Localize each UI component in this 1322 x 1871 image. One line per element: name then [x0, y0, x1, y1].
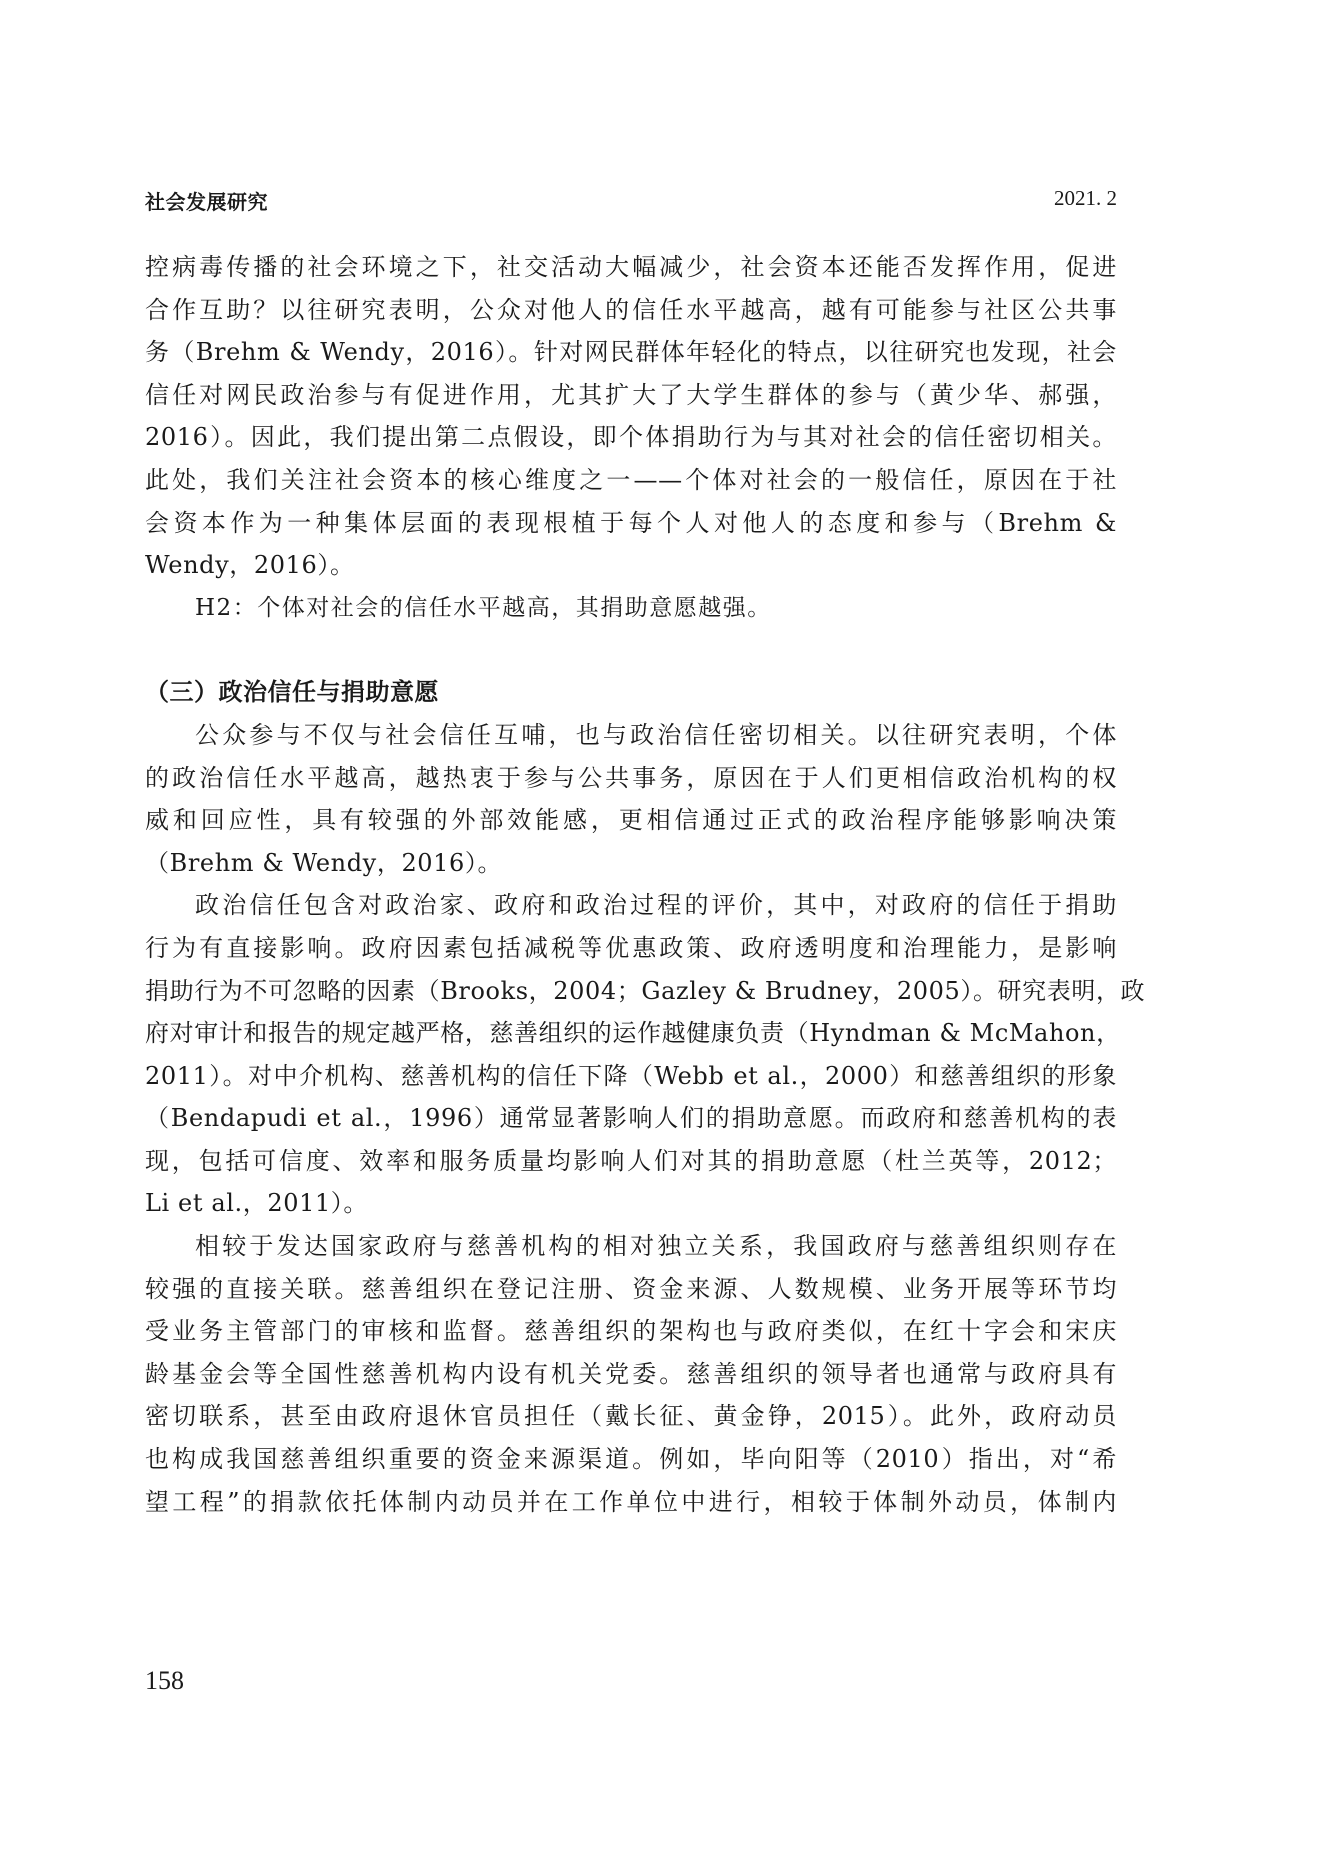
text-line: 2016）。因此，我们提出第二点假设，即个体捐助行为与其对社会的信任密切相关。 — [145, 416, 1117, 459]
issue-number: 2021. 2 — [1054, 186, 1117, 211]
text-line: 受业务主管部门的审核和监督。慈善组织的架构也与政府类似，在红十字会和宋庆 — [145, 1310, 1117, 1353]
running-header: 社会发展研究 2021. 2 — [145, 186, 1117, 216]
page-number: 158 — [145, 1666, 184, 1696]
text-line: 会资本作为一种集体层面的表现根植于每个人对他人的态度和参与（Brehm & — [145, 502, 1117, 545]
journal-title: 社会发展研究 — [145, 186, 268, 215]
paragraph-social-trust: 控病毒传播的社会环境之下，社交活动大幅减少，社会资本还能否发挥作用，促进 合作互… — [145, 246, 1117, 587]
text-line: 行为有直接影响。政府因素包括减税等优惠政策、政府透明度和治理能力，是影响 — [145, 927, 1117, 970]
text-line: Li et al.，2011）。 — [145, 1182, 1117, 1225]
text-line: 望工程”的捐款依托体制内动员并在工作单位中进行，相较于体制外动员，体制内 — [145, 1481, 1117, 1524]
section-heading: （三）政治信任与捐助意愿 — [145, 671, 1117, 714]
text-line: （Brehm & Wendy，2016）。 — [145, 842, 1117, 885]
section-gap — [145, 629, 1117, 671]
text-line: 的政治信任水平越高，越热衷于参与公共事务，原因在于人们更相信政治机构的权 — [145, 757, 1117, 800]
text-line: 较强的直接关联。慈善组织在登记注册、资金来源、人数规模、业务开展等环节均 — [145, 1268, 1117, 1311]
text-line: （Bendapudi et al.，1996）通常显著影响人们的捐助意愿。而政府… — [145, 1097, 1117, 1140]
text-line: 密切联系，甚至由政府退休官员担任（戴长征、黄金铮，2015）。此外，政府动员 — [145, 1395, 1117, 1438]
text-line: 相较于发达国家政府与慈善机构的相对独立关系，我国政府与慈善组织则存在 — [145, 1225, 1117, 1268]
text-line: Wendy，2016）。 — [145, 544, 1117, 587]
text-line: 也构成我国慈善组织重要的资金来源渠道。例如，毕向阳等（2010）指出，对“希 — [145, 1438, 1117, 1481]
text-line: 务（Brehm & Wendy，2016）。针对网民群体年轻化的特点，以往研究也… — [145, 331, 1117, 374]
text-line: 信任对网民政治参与有促进作用，尤其扩大了大学生群体的参与（黄少华、郝强， — [145, 374, 1117, 417]
paragraph-china-charity-government: 相较于发达国家政府与慈善机构的相对独立关系，我国政府与慈善组织则存在 较强的直接… — [145, 1225, 1117, 1523]
text-line: 威和回应性，具有较强的外部效能感，更相信通过正式的政治程序能够影响决策 — [145, 799, 1117, 842]
text-line: 龄基金会等全国性慈善机构内设有机关党委。慈善组织的领导者也通常与政府具有 — [145, 1353, 1117, 1396]
hypothesis-h2: H2：个体对社会的信任水平越高，其捐助意愿越强。 — [145, 587, 1117, 630]
text-line: 捐助行为不可忽略的因素（Brooks，2004；Gazley & Brudney… — [145, 970, 1117, 1013]
paragraph-political-trust-intro: 公众参与不仅与社会信任互哺，也与政治信任密切相关。以往研究表明，个体 的政治信任… — [145, 714, 1117, 884]
paragraph-government-factors: 政治信任包含对政治家、政府和政治过程的评价，其中，对政府的信任于捐助 行为有直接… — [145, 884, 1117, 1225]
text-line: 政治信任包含对政治家、政府和政治过程的评价，其中，对政府的信任于捐助 — [145, 884, 1117, 927]
text-line: 控病毒传播的社会环境之下，社交活动大幅减少，社会资本还能否发挥作用，促进 — [145, 246, 1117, 289]
body-text: 控病毒传播的社会环境之下，社交活动大幅减少，社会资本还能否发挥作用，促进 合作互… — [145, 246, 1117, 1523]
text-line: 府对审计和报告的规定越严格，慈善组织的运作越健康负责（Hyndman & McM… — [145, 1012, 1117, 1055]
text-line: 公众参与不仅与社会信任互哺，也与政治信任密切相关。以往研究表明，个体 — [145, 714, 1117, 757]
text-line: 现，包括可信度、效率和服务质量均影响人们对其的捐助意愿（杜兰英等，2012； — [145, 1140, 1117, 1183]
text-line: 2011）。对中介机构、慈善机构的信任下降（Webb et al.，2000）和… — [145, 1055, 1117, 1098]
text-line: 合作互助？以往研究表明，公众对他人的信任水平越高，越有可能参与社区公共事 — [145, 289, 1117, 332]
text-line: 此处，我们关注社会资本的核心维度之一——个体对社会的一般信任，原因在于社 — [145, 459, 1117, 502]
